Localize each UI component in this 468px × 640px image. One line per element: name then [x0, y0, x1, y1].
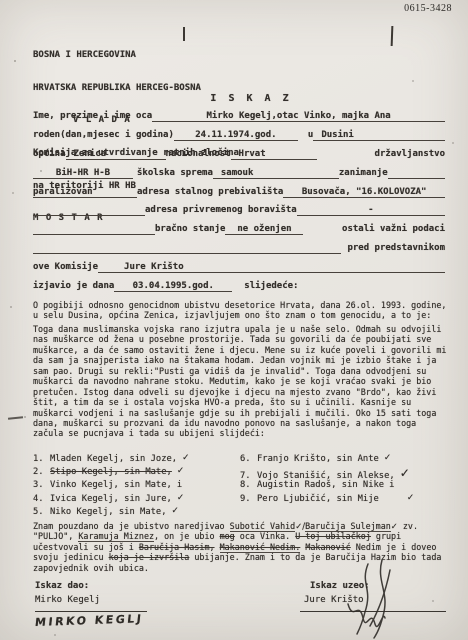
closing-text: oca Vinka.: [235, 531, 296, 541]
checkmark: ✓/: [295, 521, 305, 531]
victim-row: 6.Franjo Krišto, sin Ante✓: [240, 454, 448, 467]
victim-row: 1.Mladen Kegelj, sin Joze,✓: [33, 454, 240, 467]
form-row-occupation: paralizovan adresa stalnog prebivališta …: [33, 187, 445, 206]
field-label: zanimanje: [339, 168, 388, 178]
residence-field-value: Busovača, "16.KOLOVOZA": [283, 187, 445, 198]
form-row-birth: roden(dan,mjesec i godina) 24.11.1974.go…: [33, 130, 445, 149]
victim-row: 4.Ivica Kegelj, sin Jure,✓: [33, 494, 240, 507]
checkmark: ✓: [182, 453, 189, 463]
commission-member-value: Jure Krišto: [98, 262, 445, 273]
letterhead-line: BOSNA I HERCEGOVINA: [33, 50, 239, 61]
victim-number: 2.: [33, 467, 50, 477]
occupation-field-value: paralizovan: [33, 187, 137, 198]
field-label: roden(dan,mjesec i godina): [33, 130, 174, 140]
statement-body: O pogibiji odnosno genocidnom ubistvu de…: [33, 300, 448, 442]
blank-underline: [388, 168, 445, 179]
form-row-name: Ime, prezime i ime oca Mirko Kegelj,otac…: [33, 111, 445, 130]
victim-number: 9.: [240, 494, 257, 504]
checkmark: ✓: [172, 506, 179, 516]
form-section: Ime, prezime i ime oca Mirko Kegelj,otac…: [33, 111, 445, 300]
struck-text: U toj ubilačkoj: [295, 531, 371, 541]
name-field-value: Mirko Kegelj,otac Vinko, majka Ana: [152, 111, 445, 122]
field-label: općina: [33, 149, 66, 159]
statement-date-value: 03.04.1995.god.: [114, 281, 232, 292]
struck-text: koja je izvršila: [109, 552, 190, 562]
victim-number: 1.: [33, 454, 50, 464]
field-label: u: [298, 130, 313, 140]
victim-row: 3.Vinko Kegelj, sin Mate,i: [33, 480, 240, 493]
victim-number: 5.: [33, 507, 50, 517]
victim-row: 9.Pero Ljubičić, sin Mije✓: [240, 494, 448, 507]
document-number: 0615-3428: [404, 3, 452, 14]
victim-number: 6.: [240, 454, 257, 464]
education-field-value: samouk: [213, 168, 339, 179]
victim-name: Franjo Krišto, sin Ante: [257, 454, 379, 464]
underlined-name: Karamuja Miznez: [78, 531, 154, 542]
statement-paragraph: Toga dana muslimanska vojska rano izjutr…: [33, 324, 448, 439]
checkmark: ✓: [391, 521, 398, 531]
statement-paragraph: O pogibiji odnosno genocidnom ubistvu de…: [33, 300, 448, 321]
form-row-citizenship: BiH-HR H-B školska sprema samouk zaniman…: [33, 168, 445, 187]
form-row-commission: ove Komisije Jure Krišto: [33, 262, 445, 281]
field-label: adresa stalnog prebivališta: [137, 187, 283, 197]
signature-label: Iskaz uzeo:: [300, 579, 446, 593]
struck-text: mog: [220, 531, 235, 541]
victim-row: 7.Vojo Stanišić, sin Alekse,✓: [240, 467, 448, 480]
closing-paragraph: Znam pouzdano da je ubistvo naredjivao S…: [33, 521, 448, 573]
nationality-field-value: Hrvat: [231, 149, 317, 160]
field-label: ove Komisije: [33, 262, 98, 272]
victim-row: 8.Augistin Radoš, sin Nikei: [240, 480, 448, 493]
blank-underline: [33, 243, 341, 254]
form-row-marital: bračno stanje ne oženjen ostali važni po…: [33, 224, 445, 243]
signature-line: [300, 607, 446, 612]
checkmark: ✓: [177, 466, 184, 476]
closing-text: [215, 542, 220, 552]
victim-name: Ivica Kegelj, sin Jure,: [50, 494, 172, 504]
document-title: I S K A Z: [0, 93, 468, 104]
victims-list: 1.Mladen Kegelj, sin Joze,✓ 2.Stipo Kege…: [33, 454, 448, 520]
field-label: ostali važni podaci: [303, 224, 445, 234]
closing-text: , on je ubio: [154, 531, 220, 541]
birthdate-field-value: 24.11.1974.god.: [174, 130, 298, 141]
victim-number: 8.: [240, 480, 257, 490]
victim-name: Augistin Radoš, sin Nike: [257, 480, 384, 490]
closing-text: Znam pouzdano da je ubistvo naredjivao: [33, 521, 230, 531]
form-row-statement-date: izjavio je dana 03.04.1995.god. slijedeć…: [33, 281, 445, 300]
field-label: državljanstvo: [317, 149, 445, 159]
checkmark: ✓: [177, 493, 184, 503]
victim-row: 5.Niko Kegelj, sin Mate,✓: [33, 507, 240, 520]
field-label: izjavio je dana: [33, 281, 114, 291]
annotation-mark: i: [389, 480, 394, 490]
form-row-municipality: općina Zenica nacionalnost Hrvat državlj…: [33, 149, 445, 168]
scanned-document-page: 0615-3428 BOSNA I HERCEGOVINA HRVATSKA R…: [0, 0, 468, 640]
handwritten-signature: MIRKO KEGLJ: [34, 612, 147, 630]
field-label: adresa privremenog boravišta: [145, 205, 297, 215]
annotation-mark: i: [177, 480, 182, 490]
blank-underline: [33, 224, 155, 235]
field-label: slijedeće:: [232, 281, 298, 291]
marital-field-value: ne oženjen: [225, 224, 303, 235]
struck-name: Baručija Hasim,: [139, 542, 215, 552]
struck-name: Makanović: [305, 542, 350, 552]
checkmark: ✓: [400, 466, 410, 480]
form-row-representative: pred predstavnikom: [33, 243, 445, 262]
field-label: pred predstavnikom: [341, 243, 445, 253]
field-label: Ime, prezime i ime oca: [33, 111, 152, 121]
field-label: školska sprema: [133, 168, 213, 178]
signature-block-taker: Iskaz uzeo: Jure Krišto: [300, 579, 446, 612]
birthplace-field-value: Dusini: [313, 130, 445, 141]
victim-name: Pero Ljubičić, sin Mije: [257, 494, 379, 504]
temp-residence-field-value: -: [297, 205, 445, 216]
field-label: bračno stanje: [155, 224, 225, 234]
blank-underline: [33, 205, 145, 216]
victims-column-right: 6.Franjo Krišto, sin Ante✓ 7.Vojo Staniš…: [240, 454, 448, 520]
victim-name: Mladen Kegelj, sin Joze,: [50, 454, 177, 464]
scan-noise: [14, 60, 16, 62]
checkmark: ✓: [407, 493, 414, 503]
pen-stroke-artifact: [391, 26, 393, 46]
signature-block-giver: Iskaz dao: Mirko Kegelj MIRKO KEGLJ: [35, 579, 147, 630]
municipality-field-value: Zenica: [66, 149, 166, 160]
victim-number: 3.: [33, 480, 50, 490]
signer-name: Mirko Kegelj: [35, 593, 147, 607]
victims-column-left: 1.Mladen Kegelj, sin Joze,✓ 2.Stipo Kege…: [33, 454, 240, 520]
signature-line: [35, 607, 147, 612]
victim-name: Vinko Kegelj, sin Mate,: [50, 480, 172, 490]
letterhead-line: HRVATSKA REPUBLIKA HERCEG-BOSNA: [33, 83, 239, 94]
field-label: nacionalnost: [166, 149, 231, 159]
victim-number: 4.: [33, 494, 50, 504]
victim-name: Stipo Kegelj, sin Mate,: [50, 467, 172, 477]
checkmark: ✓: [384, 453, 391, 463]
victim-name: Niko Kegelj, sin Mate,: [50, 507, 167, 517]
citizenship-field-value: BiH-HR H-B: [33, 168, 133, 179]
signer-name: Jure Krišto: [300, 593, 446, 607]
signature-label: Iskaz dao:: [35, 579, 147, 593]
victim-row: 2.Stipo Kegelj, sin Mate,✓: [33, 467, 240, 480]
form-row-temp-residence: adresa privremenog boravišta -: [33, 205, 445, 224]
pen-dash-artifact: [8, 416, 23, 419]
